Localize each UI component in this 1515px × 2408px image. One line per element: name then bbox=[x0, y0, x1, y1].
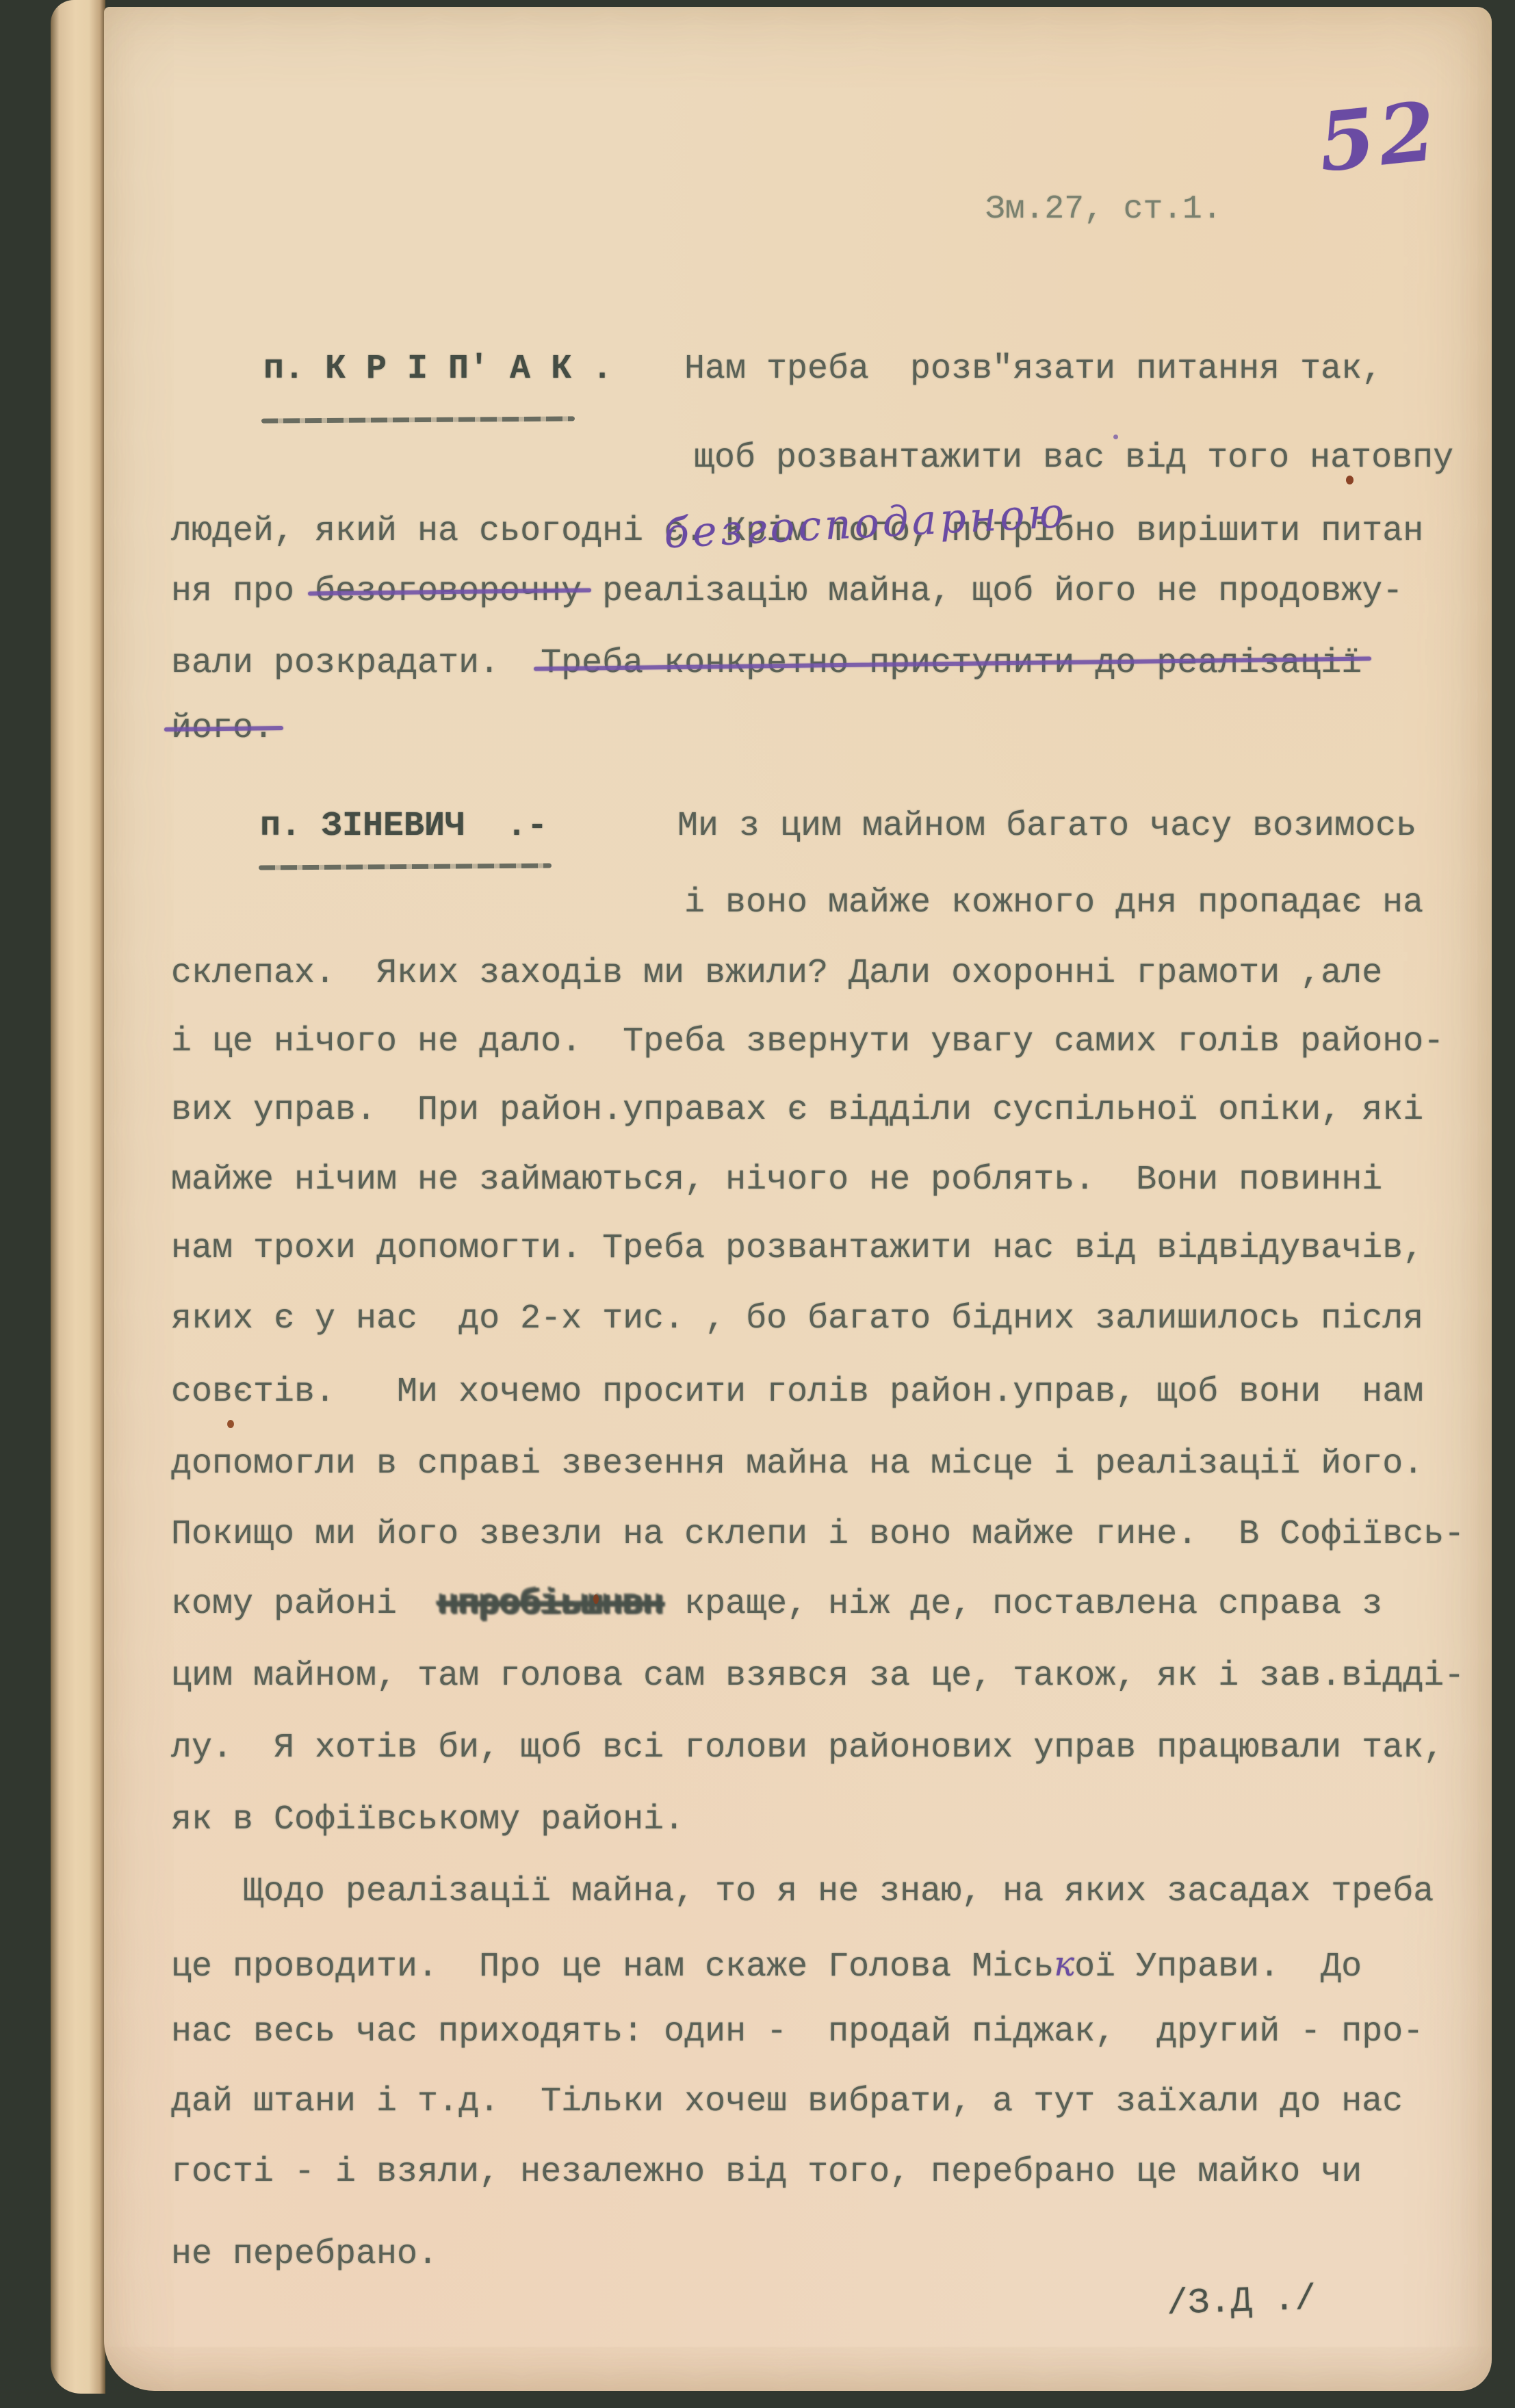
speaker-name-kripak: п. К Р І П' А К . bbox=[263, 352, 612, 387]
handwritten-page-number: 52 bbox=[1314, 83, 1444, 190]
ink-dot bbox=[1113, 435, 1118, 439]
typed-line: цим майном, там голова сам взявся за це,… bbox=[171, 1659, 1464, 1694]
typed-line: Покищо ми його звезли на склепи і воно м… bbox=[171, 1518, 1464, 1552]
typed-line: Нам треба розв"язати питання так, bbox=[684, 352, 1382, 387]
typed-line: яких є у нас до 2-х тис. , бо багато бід… bbox=[171, 1302, 1423, 1336]
ink-inserted-letter: к bbox=[1054, 1944, 1074, 1984]
paper-stain bbox=[227, 1420, 234, 1428]
typed-line: як в Софіївському районі. bbox=[171, 1803, 684, 1837]
typist-signature-mark: /З.Д ./ bbox=[1166, 2281, 1317, 2322]
typed-text: реалізацію майна, щоб його не продовжу- bbox=[582, 572, 1403, 611]
typed-line: нам трохи допомогти. Треба розвантажити … bbox=[171, 1232, 1423, 1266]
ink-struck-phrase: Треба конкретно приступити до реалізації bbox=[541, 644, 1362, 683]
ink-struck-word: безоговорочну bbox=[315, 572, 582, 611]
speaker-underline bbox=[259, 864, 552, 870]
typed-text: вали розкрадати. bbox=[171, 644, 541, 683]
typed-line-with-overstrike: кому районі нпробіьшнвн краще, ніж де, п… bbox=[171, 1588, 1382, 1622]
typed-text: краще, ніж де, поставлена справа з bbox=[664, 1585, 1382, 1624]
typed-line-with-ink-correction: це проводити. Про це нам скаже Голова Мі… bbox=[171, 1947, 1362, 1984]
typed-line: лу. Я хотів би, щоб всі голови районових… bbox=[171, 1731, 1444, 1765]
typed-line: вих управ. При район.управах є відділи с… bbox=[171, 1093, 1423, 1128]
typed-line: не перебрано. bbox=[171, 2238, 438, 2272]
ink-struck-word: його. bbox=[171, 709, 274, 748]
typed-text: ої Управи. До bbox=[1074, 1947, 1362, 1986]
typed-line-with-strikethrough: його. bbox=[171, 712, 274, 746]
typed-text: кому районі bbox=[171, 1585, 438, 1624]
typed-line-with-strikethrough: ня про безоговорочну реалізацію майна, щ… bbox=[171, 575, 1403, 609]
speaker-name-zinevych: п. ЗІНЕВИЧ .- bbox=[260, 810, 547, 844]
typed-line: Ми з цим майном багато часу возимось bbox=[677, 810, 1416, 844]
book-fold-edge bbox=[51, 0, 105, 2394]
paper-stain bbox=[1346, 476, 1354, 484]
typed-reference: Зм.27, ст.1. bbox=[985, 193, 1222, 226]
typed-line: щоб розвантажити вас від того натовпу bbox=[694, 441, 1453, 476]
overtyped-illegible-word: нпробіьшнвн bbox=[438, 1585, 664, 1624]
typed-line-with-strikethrough: вали розкрадати. Треба конкретно приступ… bbox=[171, 647, 1362, 681]
typed-line: допомогли в справі звезення майна на міс… bbox=[171, 1447, 1423, 1481]
typed-line: і воно майже кожного дня пропадає на bbox=[684, 886, 1423, 920]
document-page: 52 Зм.27, ст.1. п. К Р І П' А К . Нам тр… bbox=[104, 7, 1492, 2391]
typed-line: гості - і взяли, незалежно від того, пер… bbox=[171, 2155, 1362, 2190]
speaker-underline bbox=[261, 416, 575, 423]
scanned-document: 52 Зм.27, ст.1. п. К Р І П' А К . Нам тр… bbox=[0, 0, 1515, 2408]
typed-line-paragraph-indent: Щодо реалізації майна, то я не знаю, на … bbox=[243, 1875, 1434, 1909]
typed-line: майже нічим не займаються, нічого не роб… bbox=[171, 1163, 1382, 1197]
paper-stain bbox=[593, 1594, 599, 1604]
typed-text: ня про bbox=[171, 572, 315, 611]
typed-line: нас весь час приходять: один - продай пі… bbox=[171, 2015, 1423, 2049]
typed-line: дай штани і т.д. Тільки хочеш вибрати, а… bbox=[171, 2085, 1403, 2119]
typed-line: склепах. Яких заходів ми вжили? Дали охо… bbox=[171, 957, 1382, 991]
typed-line: совєтів. Ми хочемо просити голів район.у… bbox=[171, 1375, 1423, 1410]
typed-text: це проводити. Про це нам скаже Голова Мі… bbox=[171, 1947, 1054, 1986]
typed-line: і це нічого не дало. Треба звернути уваг… bbox=[171, 1025, 1444, 1059]
